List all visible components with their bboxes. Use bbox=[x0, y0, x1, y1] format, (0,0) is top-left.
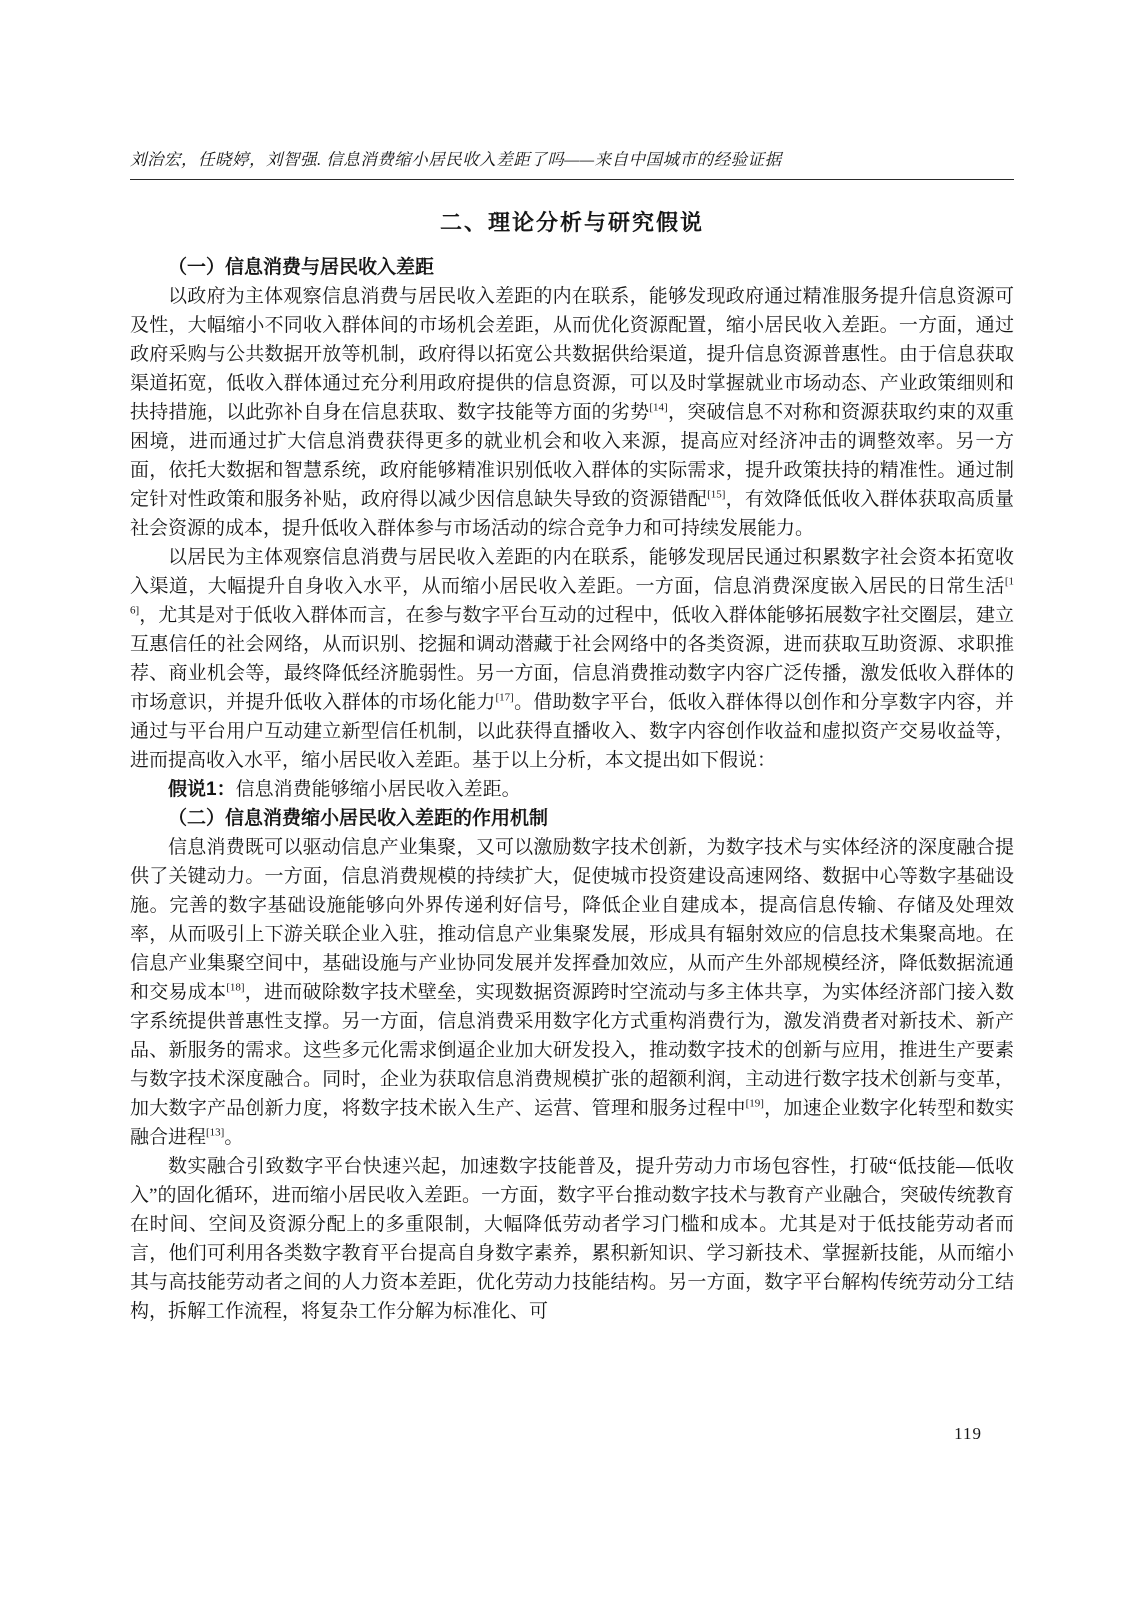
section-title: 二、理论分析与研究假说 bbox=[130, 206, 1014, 237]
body-paragraph: 数实融合引致数字平台快速兴起，加速数字技能普及，提升劳动力市场包容性，打破“低技… bbox=[130, 1152, 1014, 1326]
text-run: 数实融合引致数字平台快速兴起，加速数字技能普及，提升劳动力市场包容性，打破“低技… bbox=[130, 1156, 1014, 1322]
subsection-heading: （一）信息消费与居民收入差距 bbox=[130, 253, 1014, 282]
subsection-heading: （二）信息消费缩小居民收入差距的作用机制 bbox=[130, 804, 1014, 833]
citation-superscript: [18] bbox=[226, 982, 244, 994]
page-number: 119 bbox=[954, 1424, 982, 1444]
citation-superscript: [14] bbox=[649, 402, 667, 414]
content-blocks: （一）信息消费与居民收入差距以政府为主体观察信息消费与居民收入差距的内在联系，能… bbox=[130, 253, 1014, 1326]
body-paragraph: 以政府为主体观察信息消费与居民收入差距的内在联系，能够发现政府通过精准服务提升信… bbox=[130, 282, 1014, 543]
body-paragraph: 信息消费既可以驱动信息产业集聚，又可以激励数字技术创新，为数字技术与实体经济的深… bbox=[130, 833, 1014, 1152]
running-header: 刘治宏，任晓婷，刘智强. 信息消费缩小居民收入差距了吗——来自中国城市的经验证据 bbox=[130, 146, 1014, 180]
text-run: 信息消费能够缩小居民收入差距。 bbox=[236, 779, 521, 800]
text-run: 信息消费既可以驱动信息产业集聚，又可以激励数字技术创新，为数字技术与实体经济的深… bbox=[130, 837, 1014, 1003]
hypothesis-label: 假说1： bbox=[168, 779, 236, 800]
citation-superscript: [17] bbox=[496, 692, 514, 704]
page-content: 刘治宏，任晓婷，刘智强. 信息消费缩小居民收入差距了吗——来自中国城市的经验证据… bbox=[130, 146, 1014, 1326]
body-paragraph: 以居民为主体观察信息消费与居民收入差距的内在联系，能够发现居民通过积累数字社会资… bbox=[130, 543, 1014, 775]
text-run: 。 bbox=[224, 1127, 243, 1148]
document-page: 刘治宏，任晓婷，刘智强. 信息消费缩小居民收入差距了吗——来自中国城市的经验证据… bbox=[0, 0, 1140, 1600]
citation-superscript: [19] bbox=[746, 1098, 764, 1110]
citation-superscript: [15] bbox=[707, 489, 725, 501]
citation-superscript: [13] bbox=[206, 1127, 224, 1139]
hypothesis-line: 假说1：信息消费能够缩小居民收入差距。 bbox=[130, 775, 1014, 804]
text-run: 以居民为主体观察信息消费与居民收入差距的内在联系，能够发现居民通过积累数字社会资… bbox=[130, 547, 1014, 597]
